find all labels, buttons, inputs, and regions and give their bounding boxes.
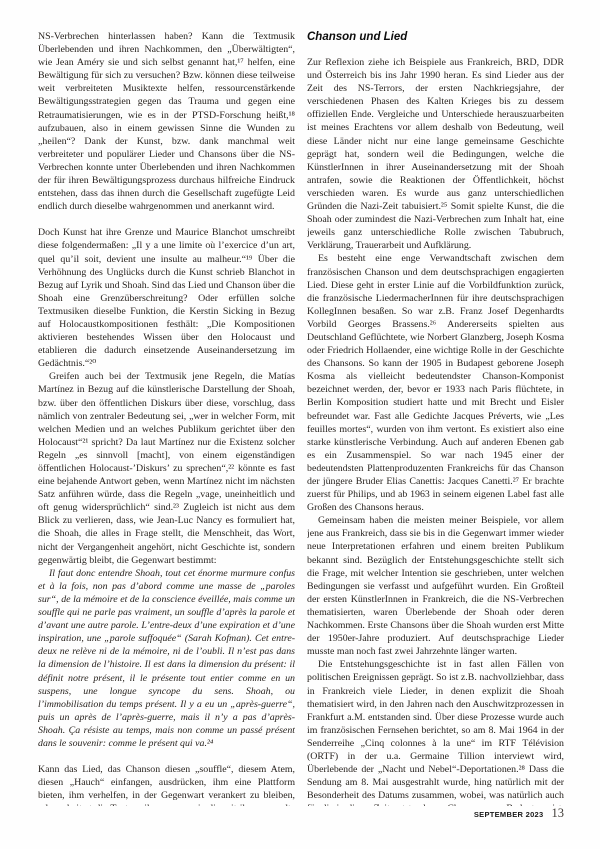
paragraph-martinez: Greifen auch bei der Textmusik jene Rege… bbox=[38, 370, 295, 566]
left-column: NS-Verbrechen hinterlassen haben? Kann d… bbox=[38, 30, 295, 806]
magazine-page: NS-Verbrechen hinterlassen haben? Kann d… bbox=[0, 0, 600, 849]
right-column: Chanson und Lied Zur Reflexion ziehe ich… bbox=[307, 30, 564, 806]
page-footer: SEPTEMBER 2023 13 bbox=[474, 806, 564, 821]
paragraph-blanchot: Doch Kunst hat ihre Grenze und Maurice B… bbox=[38, 226, 295, 370]
paragraph-continuation: NS-Verbrechen hinterlassen haben? Kann d… bbox=[38, 30, 295, 213]
paragraph-reflexion: Zur Reflexion ziehe ich Beispiele aus Fr… bbox=[307, 56, 564, 252]
blockquote-nancy-french: Il faut donc entendre Shoah, tout cet én… bbox=[38, 567, 295, 750]
paragraph-verwandtschaft: Es besteht eine enge Verwandtschaft zwis… bbox=[307, 252, 564, 514]
issue-date: SEPTEMBER 2023 bbox=[474, 810, 544, 819]
paragraph-souffle: Kann das Lied, das Chanson diesen „souff… bbox=[38, 763, 295, 806]
paragraph-gemeinsam: Gemeinsam haben die meisten meiner Beisp… bbox=[307, 514, 564, 658]
page-number: 13 bbox=[552, 806, 565, 821]
paragraph-entstehung: Die Entstehungsgeschichte ist in fast al… bbox=[307, 658, 564, 806]
two-column-text-block: NS-Verbrechen hinterlassen haben? Kann d… bbox=[0, 0, 600, 806]
section-heading: Chanson und Lied bbox=[307, 31, 564, 44]
